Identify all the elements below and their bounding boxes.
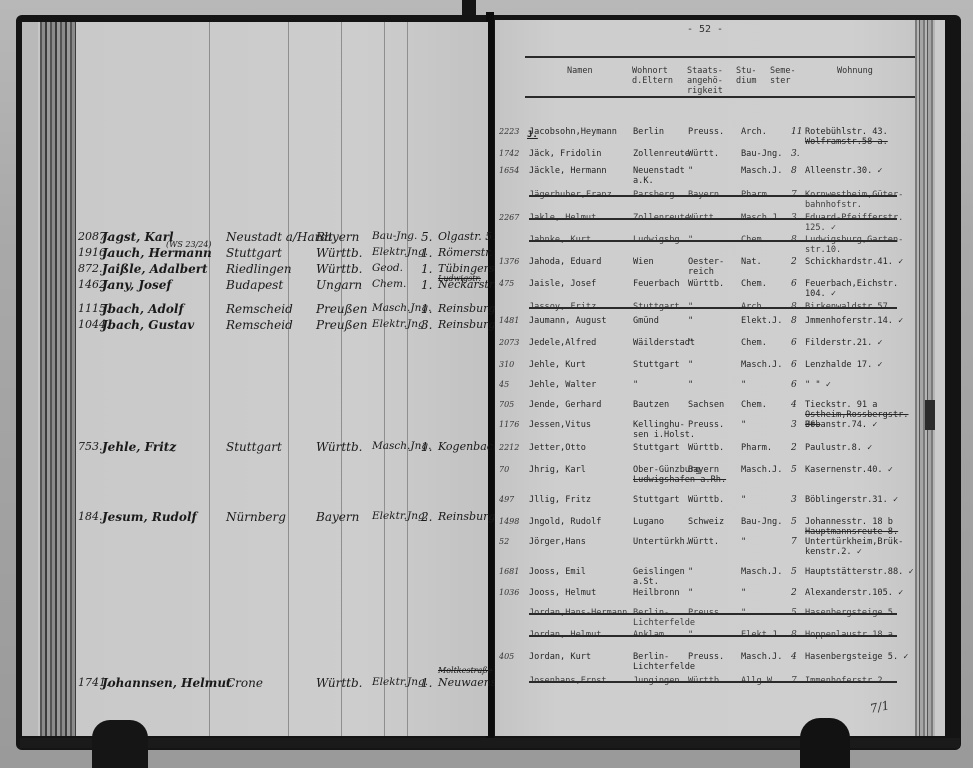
entry-study: Chem. <box>741 279 767 289</box>
entry-state: " <box>688 360 693 370</box>
entry-origin: Zollenreute <box>633 213 690 223</box>
entry-no: 1742 <box>499 149 519 159</box>
entry-origin: Berlin- Lichterfelde <box>633 652 695 672</box>
entry-study: Elektr.Jng. <box>372 246 428 258</box>
ledger-row: 1044.Jbach, GustavRemscheidPreußenElektr… <box>76 318 488 340</box>
entry-no: 475 <box>499 279 514 289</box>
left-page: 2087.Jagst, KarlNeustadt a/HardtBayernBa… <box>22 22 488 736</box>
register-row: 405Jordan, KurtBerlin- LichterfeldePreus… <box>495 652 915 678</box>
entry-study: Nat. <box>741 257 762 267</box>
entry-name: Jordan,Hans-Hermann <box>529 608 627 618</box>
page-tab <box>925 400 935 430</box>
entry-name: Jany, Josef <box>102 278 172 292</box>
entry-address: Tieckstr. 91 a <box>805 400 877 410</box>
entry-origin: Feuerbach <box>633 279 680 289</box>
entry-semester: 7 <box>791 190 797 200</box>
entry-origin: Kellinghu- sen i.Holst. <box>633 420 695 440</box>
page-number: - 52 - <box>495 24 915 35</box>
entry-name: Jakle, Helmut <box>529 213 596 223</box>
entry-name: Jngold, Rudolf <box>529 517 601 527</box>
entry-origin: Ludwigsbg. <box>633 235 685 245</box>
entry-origin: Untertürkh. <box>633 537 690 547</box>
register-row: Josenhans,ErnstJungingenWürttb.Allg.W.7I… <box>495 676 915 702</box>
entry-semester: 8 <box>791 235 797 245</box>
entry-state: Bayern <box>688 465 719 475</box>
entry-study: Masch.J. <box>741 360 782 370</box>
entry-state: Preußen <box>316 318 368 332</box>
entry-address: Hauptstätterstr.88. ✓ <box>805 567 914 577</box>
entry-semester: 3 <box>791 420 797 430</box>
entry-name: Jessen,Vitus <box>529 420 591 430</box>
entry-semester: 7 <box>791 676 797 686</box>
column-header-semester: Seme- ster <box>770 66 796 86</box>
column-header-address: Wohnung <box>837 66 873 76</box>
entry-semester: 5 <box>791 608 797 618</box>
ledger-row: 1741.Johannsen, HelmutCroneWürttb.Elektr… <box>76 676 488 698</box>
entry-semester: 7 <box>791 537 797 547</box>
entry-state: " <box>688 588 693 598</box>
entry-state: Württb. <box>688 443 724 453</box>
entry-address: Böblingerstr.31. ✓ <box>805 495 898 505</box>
entry-address: Immenhoferstr.2. <box>805 676 888 686</box>
entry-address: Birkenwaldstr.57. <box>805 302 893 312</box>
entry-name: Jooss, Helmut <box>529 588 596 598</box>
holding-fingers-right <box>800 718 850 768</box>
entry-address: Lenzhalde 17. ✓ <box>805 360 883 370</box>
entry-origin: Lugano <box>633 517 664 527</box>
entry-study: Masch.J. <box>741 166 782 176</box>
entry-name: Jbach, Adolf <box>102 302 184 316</box>
entry-state: Württ. <box>688 537 719 547</box>
entry-semester: 4 <box>791 652 797 662</box>
entry-name: Jahnke, Kurt <box>529 235 591 245</box>
entry-no: 45 <box>499 380 509 390</box>
entry-semester: 3. <box>791 213 800 223</box>
entry-origin: Jungingen <box>633 676 680 686</box>
entry-no: 1036 <box>499 588 519 598</box>
entry-origin: Stuttgart <box>226 440 282 454</box>
entry-semester: 8 <box>791 316 797 326</box>
entry-origin: Geislingen a.St. <box>633 567 685 587</box>
entry-name: Jägerhuber,Franz <box>529 190 612 200</box>
ledger-row: 184.Jesum, RudolfNürnbergBayernElektr.Jn… <box>76 510 488 532</box>
entry-study: Elektr.Jng. <box>372 510 428 522</box>
column-rule <box>288 22 289 736</box>
entry-no: 1376 <box>499 257 519 267</box>
entry-state: Württb. <box>316 246 362 260</box>
entry-state: Preuss. <box>688 608 724 618</box>
entry-study: Chem. <box>741 338 767 348</box>
entry-study: Allg.W. <box>741 676 777 686</box>
entry-address: Kasernenstr.40. ✓ <box>805 465 893 475</box>
entry-state: Ungarn <box>316 278 362 292</box>
entry-semester: 6 <box>791 360 797 370</box>
entry-name: Jbach, Gustav <box>102 318 194 332</box>
entry-address: Kornwestheim,Güter- bahnhofstr. <box>805 190 903 210</box>
entry-semester: 8 <box>791 166 797 176</box>
entry-address: Rotebühlstr. 43. <box>805 127 888 137</box>
entry-no: 1498 <box>499 517 519 527</box>
column-rule <box>341 22 342 736</box>
entry-study: " <box>741 537 746 547</box>
ledger-row: 1462.Jany, JosefBudapestUngarnChem.1.Nec… <box>76 278 488 300</box>
entry-state: Preuss. <box>688 652 724 662</box>
entry-no: 1654 <box>499 166 519 176</box>
entry-address: Untertürkheim,Brük- kenstr.2. ✓ <box>805 537 903 557</box>
entry-state: " <box>688 316 693 326</box>
entry-state: " <box>688 235 693 245</box>
entry-no: 1481 <box>499 316 519 326</box>
entry-semester: 5 <box>791 517 797 527</box>
entry-name: Jehle, Walter <box>529 380 596 390</box>
left-page-stack <box>40 22 76 736</box>
header-rule-bottom <box>525 96 915 98</box>
entry-origin: Crone <box>226 676 263 690</box>
ledger-row: 753.Jehle, FritzStuttgartWürttb.Masch.Jn… <box>76 440 488 462</box>
entry-origin: Wien <box>633 257 654 267</box>
entry-semester: 6 <box>791 279 797 289</box>
entry-name: Jaisle, Josef <box>529 279 596 289</box>
entry-study: Pharm. <box>741 190 772 200</box>
entry-name: Jordan, Kurt <box>529 652 591 662</box>
entry-address: Urbanstr.74. ✓ <box>805 420 877 430</box>
entry-state: " <box>688 567 693 577</box>
entry-name: Jaißle, Adalbert <box>102 262 208 276</box>
entry-semester: 1. <box>421 676 432 690</box>
entry-study: Bau-Jng. <box>372 230 417 242</box>
entry-origin: Budapest <box>226 278 283 292</box>
column-header-origin: Wohnort d.Eltern <box>632 66 673 86</box>
entry-semester: 2 <box>791 257 797 267</box>
entry-state: " <box>688 338 693 348</box>
entry-state: Oester- reich <box>688 257 724 277</box>
entry-name: Jörger,Hans <box>529 537 586 547</box>
left-page-edge <box>22 22 38 736</box>
entry-no: 405 <box>499 652 514 662</box>
entry-origin: Stuttgart <box>633 360 680 370</box>
entry-no: 2073 <box>499 338 519 348</box>
entry-semester: 3. <box>421 318 432 332</box>
entry-name: Jetter,Otto <box>529 443 586 453</box>
entry-study: Masch.J. <box>741 213 782 223</box>
entry-state: Württb. <box>316 440 362 454</box>
entry-no: 70 <box>499 465 509 475</box>
entry-name: Jesum, Rudolf <box>102 510 197 524</box>
right-page-paper: - 52 - Namen Wohnort d.Eltern Staats- an… <box>495 20 915 736</box>
entry-semester: 3 <box>791 495 797 505</box>
entry-no: 310 <box>499 360 514 370</box>
entry-name: Jooss, Emil <box>529 567 586 577</box>
entry-study: " <box>741 380 746 390</box>
entry-address: Hasenbergsteige 5. <box>805 608 898 618</box>
entry-state: " <box>688 166 693 176</box>
entry-address: Alleenstr.30. ✓ <box>805 166 883 176</box>
entry-address: Paulustr.8. ✓ <box>805 443 872 453</box>
entry-semester: 1. <box>421 440 432 454</box>
entry-origin: Berlin- Lichterfelde <box>633 608 695 628</box>
entry-name: Jäck, Fridolin <box>529 149 601 159</box>
entry-state: Bayern <box>688 190 719 200</box>
header-rule-top <box>525 56 915 58</box>
column-header-name: Namen <box>567 66 593 76</box>
entry-state: Bayern <box>316 510 359 524</box>
left-page-paper: 2087.Jagst, KarlNeustadt a/HardtBayernBa… <box>76 22 488 736</box>
entry-semester: 2 <box>791 588 797 598</box>
entry-semester: 6 <box>791 338 797 348</box>
entry-state: Bayern <box>316 230 359 244</box>
entry-note: (WS 23/24) <box>166 240 212 249</box>
entry-no: 2267 <box>499 213 519 223</box>
entry-state: Preuss. <box>688 127 724 137</box>
entry-name: Jaumann, August <box>529 316 607 326</box>
entry-name: Jacobsohn,Heymann <box>529 127 617 137</box>
holding-fingers-left <box>92 720 148 768</box>
entry-no: 1681 <box>499 567 519 577</box>
entry-state: Württb. <box>316 262 362 276</box>
entry-study: Chem. <box>372 278 406 290</box>
entry-name: Jedele,Alfred <box>529 338 596 348</box>
entry-state: Württb. <box>688 279 724 289</box>
entry-no: 872. <box>78 262 103 275</box>
entry-no: 2212 <box>499 443 519 453</box>
entry-origin: Heilbronn <box>633 588 680 598</box>
entry-address: Schickhardstr.41. ✓ <box>805 257 903 267</box>
entry-origin: Neuenstadt a.K. <box>633 166 685 186</box>
entry-address-struck: Hauptmannsreute 8. <box>805 527 898 537</box>
entry-name: Jäckle, Hermann <box>529 166 607 176</box>
entry-address: Eduard-Pfeifferstr. 125. ✓ <box>805 213 903 233</box>
column-rule <box>384 22 385 736</box>
entry-address: Ludwigsburg,Garten- str.10. <box>805 235 903 255</box>
entry-origin: Riedlingen <box>226 262 292 276</box>
entry-origin: Berlin <box>633 127 664 137</box>
entry-study: Geod. <box>372 262 403 274</box>
entry-semester: 4 <box>791 400 797 410</box>
entry-semester: 1. <box>421 278 432 292</box>
entry-origin: Stuttgart <box>633 302 680 312</box>
entry-origin: Parsberg <box>633 190 674 200</box>
entry-semester: 2 <box>791 443 797 453</box>
right-page: - 52 - Namen Wohnort d.Eltern Staats- an… <box>495 20 945 736</box>
entry-semester: 1. <box>421 262 432 276</box>
entry-semester: 8 <box>791 630 797 640</box>
entry-study: Arch. <box>741 127 767 137</box>
entry-semester: 8 <box>791 302 797 312</box>
entry-state: Sachsen <box>688 400 724 410</box>
entry-origin: Stuttgart <box>226 246 282 260</box>
column-header-state: Staats- angehö- rigkeit <box>687 66 723 96</box>
register-row: 52Jörger,HansUntertürkh.Württ."7Untertür… <box>495 537 915 563</box>
column-rule <box>407 22 408 736</box>
entry-semester: 3. <box>791 149 800 159</box>
entry-state: Preuss. <box>688 420 724 430</box>
entry-name: Jhrig, Karl <box>529 465 586 475</box>
entry-semester: 11 <box>791 127 802 137</box>
entry-semester: 5 <box>791 567 797 577</box>
entry-semester: 6 <box>791 380 797 390</box>
entry-origin: Stuttgart <box>633 443 680 453</box>
entry-state: Württ. <box>688 213 719 223</box>
entry-study: Bau-Jng. <box>741 517 782 527</box>
entry-origin: Zollenreute <box>633 149 690 159</box>
entry-address: Alexanderstr.105. ✓ <box>805 588 903 598</box>
entry-name: Josenhans,Ernst <box>529 676 607 686</box>
entry-no: 705 <box>499 400 514 410</box>
entry-study: " <box>741 588 746 598</box>
entry-address: Jmmenhoferstr.14. ✓ <box>805 316 903 326</box>
entry-study: " <box>741 608 746 618</box>
entry-address: Hasenbergsteige 5. ✓ <box>805 652 908 662</box>
entry-origin: Remscheid <box>226 318 293 332</box>
entry-no: 2223 <box>499 127 519 137</box>
entry-origin: Wäilderstadt <box>633 338 695 348</box>
entry-study: Elekt.J. <box>741 630 782 640</box>
entry-study: " <box>741 495 746 505</box>
entry-address: Johannesstr. 18 b <box>805 517 893 527</box>
right-page-stack <box>915 20 935 736</box>
entry-study: Bau-Jng. <box>741 149 782 159</box>
entry-name: Jagst, Karl <box>102 230 174 244</box>
entry-name: Jehle, Kurt <box>529 360 586 370</box>
entry-origin: " <box>633 380 638 390</box>
entry-address: Filderstr.21. ✓ <box>805 338 883 348</box>
entry-origin: Stuttgart <box>633 495 680 505</box>
entry-origin: Gmünd <box>633 316 659 326</box>
entry-name: Jehle, Fritz <box>102 440 176 454</box>
entry-semester: 2. <box>421 510 432 524</box>
entry-state: Württb. <box>688 495 724 505</box>
entry-name: Jassoy, Fritz <box>529 302 596 312</box>
entry-name: Jahoda, Eduard <box>529 257 601 267</box>
entry-address: Feuerbach,Eichstr. 104. ✓ <box>805 279 898 299</box>
entry-address-struck: Moltkestraße <box>438 666 492 675</box>
entry-study: Arch. <box>741 302 767 312</box>
entry-name: Jordan, Helmut <box>529 630 601 640</box>
entry-no: 497 <box>499 495 514 505</box>
entry-state: Preußen <box>316 302 368 316</box>
entry-study: Elekt.J. <box>741 316 782 326</box>
entry-semester: 1. <box>421 246 432 260</box>
entry-semester: 5. <box>421 230 432 244</box>
entry-address: Neckarstr. <box>438 278 496 291</box>
entry-study: Elektr.Jng. <box>372 676 428 688</box>
entry-semester: 1. <box>421 302 432 316</box>
entry-study: Masch.J. <box>741 567 782 577</box>
entry-state: Württ. <box>688 149 719 159</box>
entry-origin-struck: Ludwigshafen a.Rh. <box>633 475 726 485</box>
entry-state: Schweiz <box>688 517 724 527</box>
entry-origin: Bautzen <box>633 400 669 410</box>
entry-address-struck: Wolframstr.58 a. <box>805 137 888 147</box>
entry-semester: 5 <box>791 465 797 475</box>
column-header-study: Stu- dium <box>736 66 756 86</box>
entry-state: " <box>688 630 693 640</box>
register-row: 70Jhrig, KarlOber-GünzburgBayernMasch.J.… <box>495 465 915 491</box>
entry-name: Jllig, Fritz <box>529 495 591 505</box>
entry-study: Masch.J. <box>741 465 782 475</box>
entry-study: Pharm. <box>741 443 772 453</box>
entry-state: Württb. <box>316 676 362 690</box>
entry-origin: Nürnberg <box>226 510 286 524</box>
entry-no: 52 <box>499 537 509 547</box>
column-rule <box>209 22 210 736</box>
entry-name: Johannsen, Helmut <box>102 676 232 690</box>
entry-origin: Anklam <box>633 630 664 640</box>
entry-state: " <box>688 380 693 390</box>
entry-address: Hoppenlaustr.18 a. <box>805 630 898 640</box>
entry-study: Elektr.Jng. <box>372 318 428 330</box>
entry-state: " <box>688 302 693 312</box>
entry-address: " " ✓ <box>805 380 831 390</box>
entry-no: 1176 <box>499 420 519 430</box>
entry-no: 753. <box>78 440 103 453</box>
entry-name: Jende, Gerhard <box>529 400 601 410</box>
entry-study: Chem. <box>741 400 767 410</box>
entry-study: Chem. <box>741 235 767 245</box>
entry-study: Masch.J. <box>741 652 782 662</box>
register-row: 1654Jäckle, HermannNeuenstadt a.K."Masch… <box>495 166 915 192</box>
entry-no: 184. <box>78 510 103 523</box>
entry-origin: Remscheid <box>226 302 293 316</box>
entry-study: " <box>741 420 746 430</box>
entry-state: Württb. <box>688 676 724 686</box>
